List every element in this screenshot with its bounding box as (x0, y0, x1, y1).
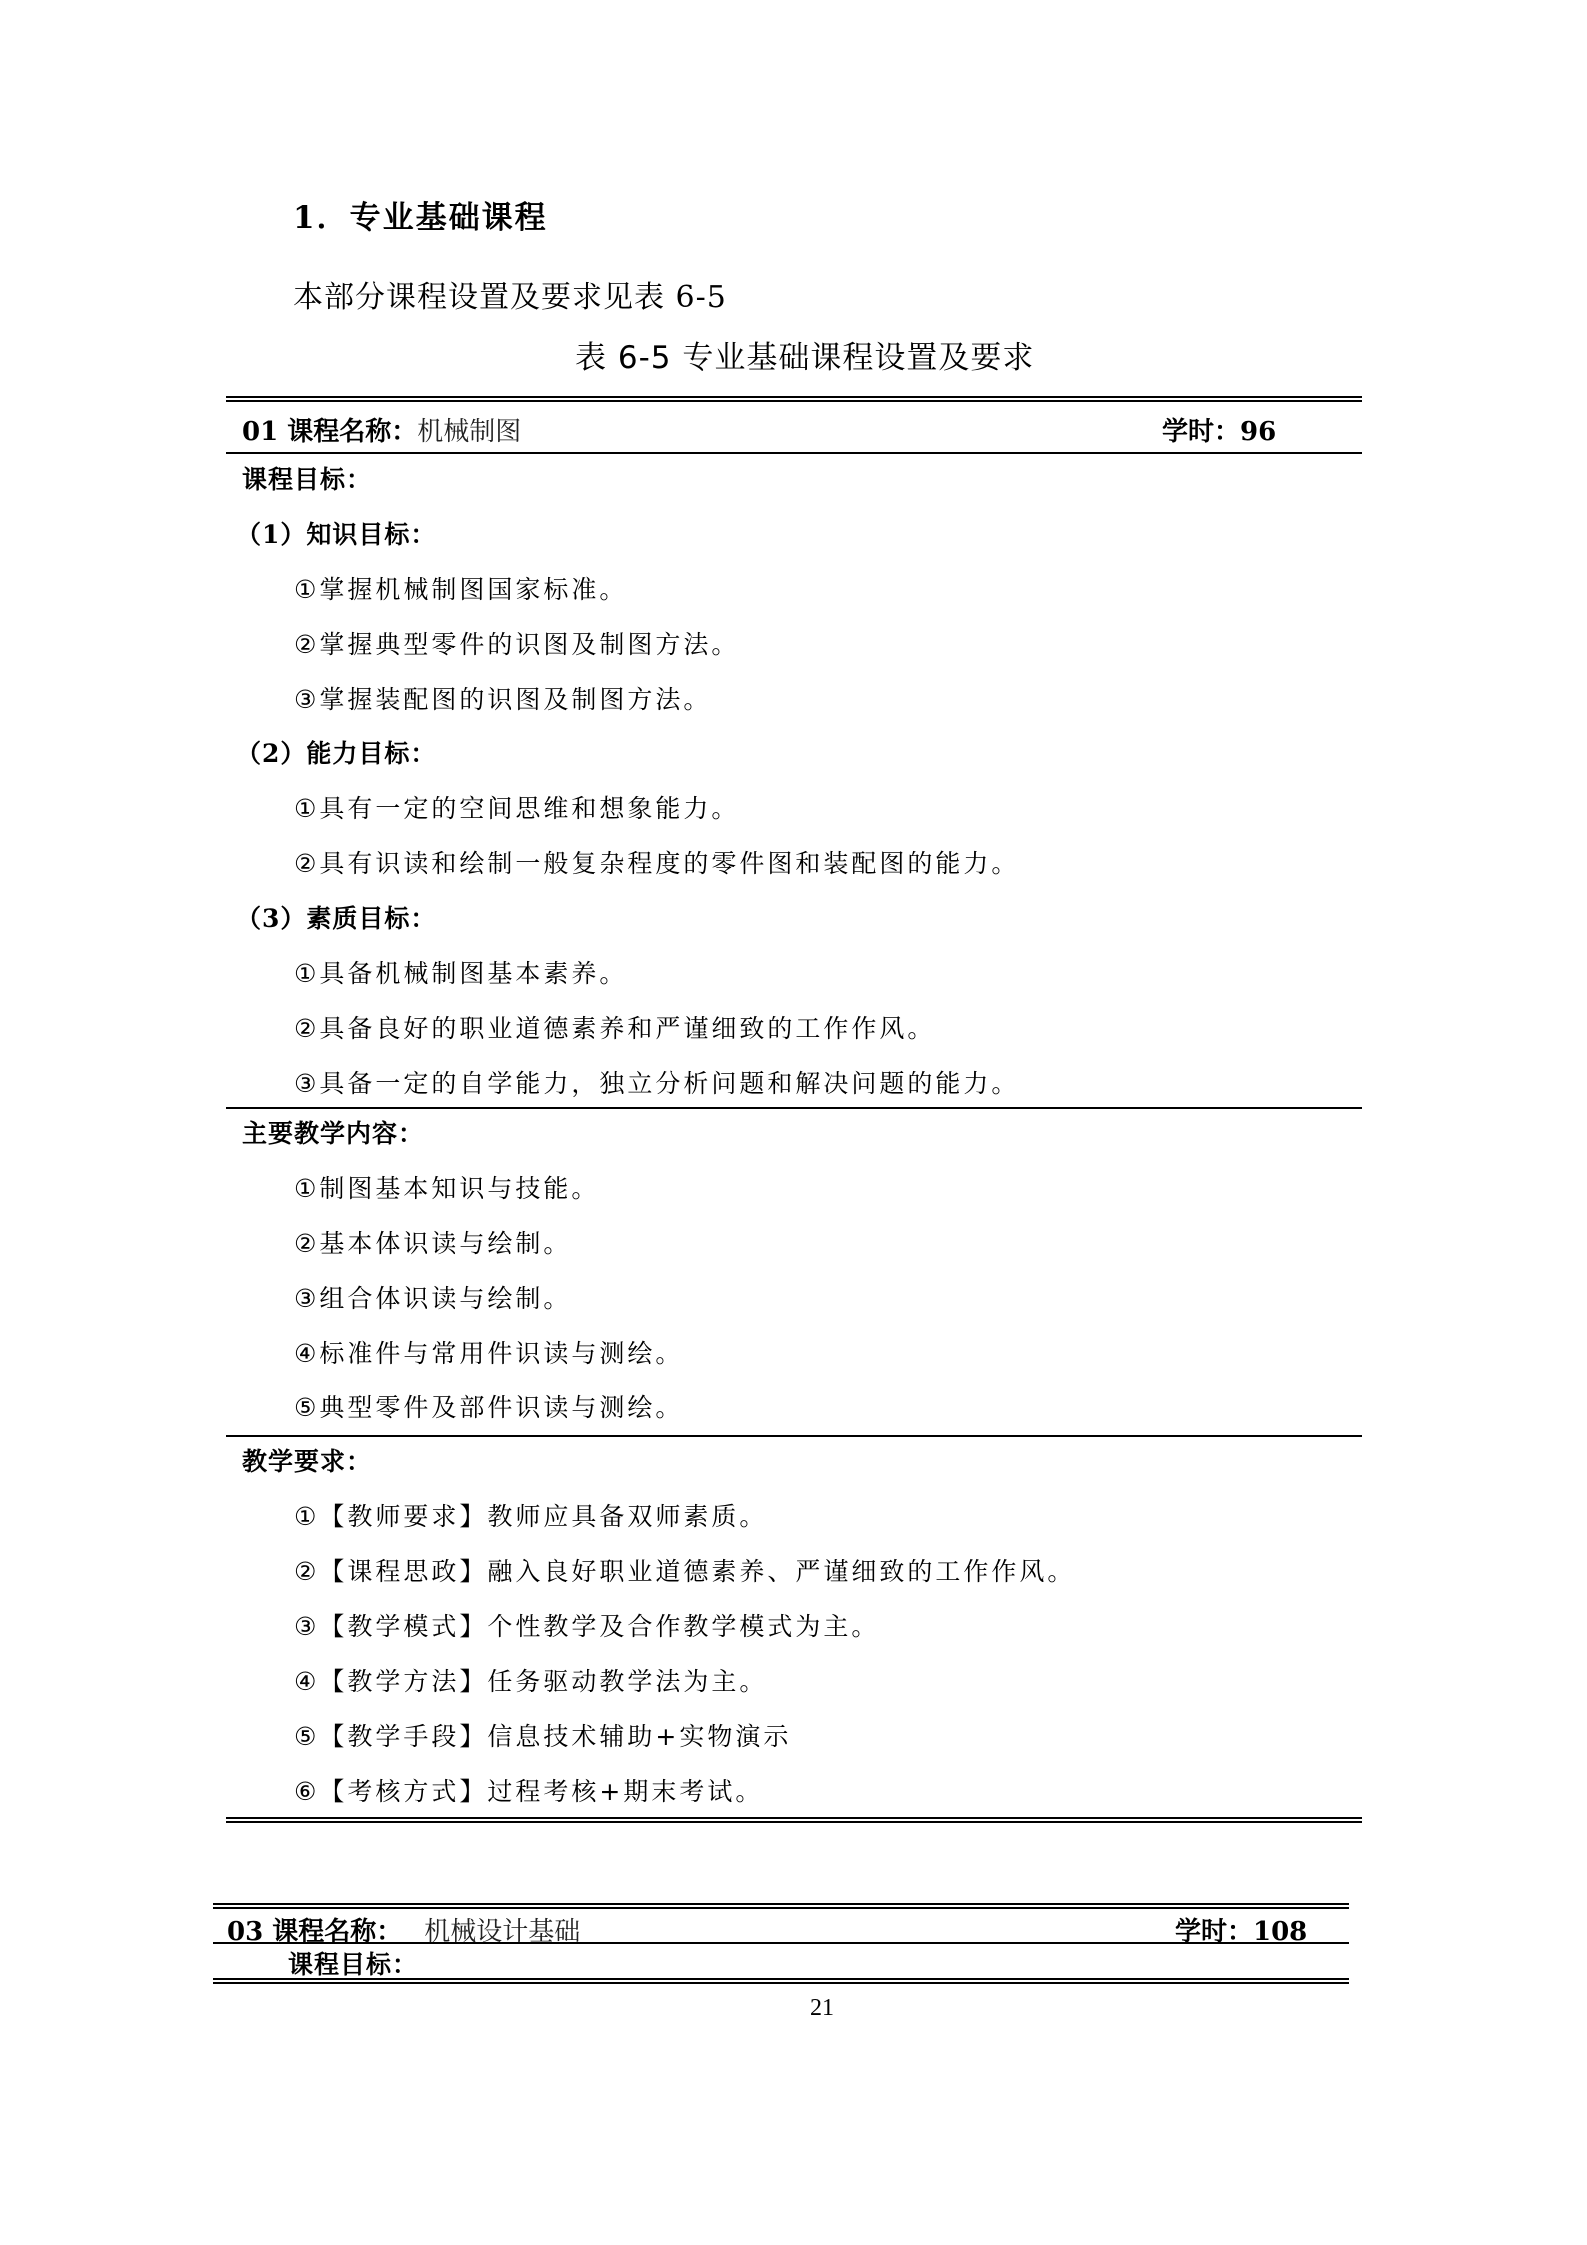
list-item: ①掌握机械制图国家标准。 (294, 570, 627, 606)
course-name-value: 机械制图 (417, 417, 521, 447)
objectives-title: 课程目标： (242, 460, 372, 496)
course-name-value: 机械设计基础 (424, 1917, 580, 1947)
table-bottom-double-rule (226, 1817, 1362, 1823)
list-item: ③具备一定的自学能力，独立分析问题和解决问题的能力。 (294, 1064, 1019, 1100)
list-item: ③组合体识读与绘制。 (294, 1279, 571, 1315)
ability-objectives-title: （2）能力目标： (236, 734, 436, 770)
teaching-content-title: 主要教学内容： (242, 1114, 424, 1150)
list-item: ①制图基本知识与技能。 (294, 1169, 599, 1205)
list-item: ③【教学模式】个性教学及合作教学模式为主。 (294, 1607, 879, 1643)
course-hours: 学时：96 (1162, 411, 1276, 448)
intro-paragraph: 本部分课程设置及要求见表 6-5 (293, 272, 727, 316)
list-item: ①【教师要求】教师应具备双师素质。 (294, 1497, 767, 1533)
quality-objectives-title: （3）素质目标： (236, 899, 436, 935)
course-hours: 学时：108 (1175, 1911, 1307, 1948)
objectives-section: 课程目标： (213, 1944, 1349, 1978)
table-caption: 表 6-5 专业基础课程设置及要求 (575, 332, 1034, 377)
knowledge-objectives-title: （1）知识目标： (236, 515, 436, 551)
page-number: 21 (810, 1995, 834, 2022)
course-name-label: 01 课程名称：机械制图 (242, 411, 521, 448)
list-item: ④标准件与常用件识读与测绘。 (294, 1334, 683, 1370)
course-name-label: 03 课程名称：机械设计基础 (227, 1911, 580, 1948)
list-item: ②掌握典型零件的识图及制图方法。 (294, 625, 739, 661)
objectives-title: 课程目标： (288, 1945, 418, 1981)
list-item: ⑤【教学手段】信息技术辅助+实物演示 (294, 1717, 791, 1753)
course-table-01: 01 课程名称：机械制图 学时：96 课程目标： （1）知识目标： ①掌握机械制… (226, 396, 1362, 1823)
course-header-row: 03 课程名称：机械设计基础 学时：108 (213, 1909, 1349, 1942)
course-table-03: 03 课程名称：机械设计基础 学时：108 课程目标： (213, 1903, 1349, 1984)
course-label-text: 03 课程名称： (227, 1917, 402, 1947)
list-item: ④【教学方法】任务驱动教学法为主。 (294, 1662, 767, 1698)
list-item: ⑥【考核方式】过程考核+期末考试。 (294, 1772, 763, 1808)
list-item: ①具备机械制图基本素养。 (294, 954, 627, 990)
list-item: ②具有识读和绘制一般复杂程度的零件图和装配图的能力。 (294, 844, 1019, 880)
teaching-requirements-section: 教学要求： ①【教师要求】教师应具备双师素质。 ②【课程思政】融入良好职业道德素… (226, 1437, 1362, 1817)
list-item: ①具有一定的空间思维和想象能力。 (294, 789, 739, 825)
list-item: ②具备良好的职业道德素养和严谨细致的工作作风。 (294, 1009, 935, 1045)
course-label-text: 01 课程名称： (242, 417, 417, 447)
teaching-requirements-title: 教学要求： (242, 1442, 372, 1478)
list-item: ③掌握装配图的识图及制图方法。 (294, 680, 711, 716)
course-header-row: 01 课程名称：机械制图 学时：96 (226, 402, 1362, 452)
teaching-content-section: 主要教学内容： ①制图基本知识与技能。 ②基本体识读与绘制。 ③组合体识读与绘制… (226, 1109, 1362, 1435)
objectives-section: 课程目标： （1）知识目标： ①掌握机械制图国家标准。 ②掌握典型零件的识图及制… (226, 454, 1362, 1107)
list-item: ②【课程思政】融入良好职业道德素养、严谨细致的工作作风。 (294, 1552, 1075, 1588)
list-item: ⑤典型零件及部件识读与测绘。 (294, 1388, 683, 1424)
list-item: ②基本体识读与绘制。 (294, 1224, 571, 1260)
section-heading: 1．专业基础课程 (293, 192, 548, 237)
